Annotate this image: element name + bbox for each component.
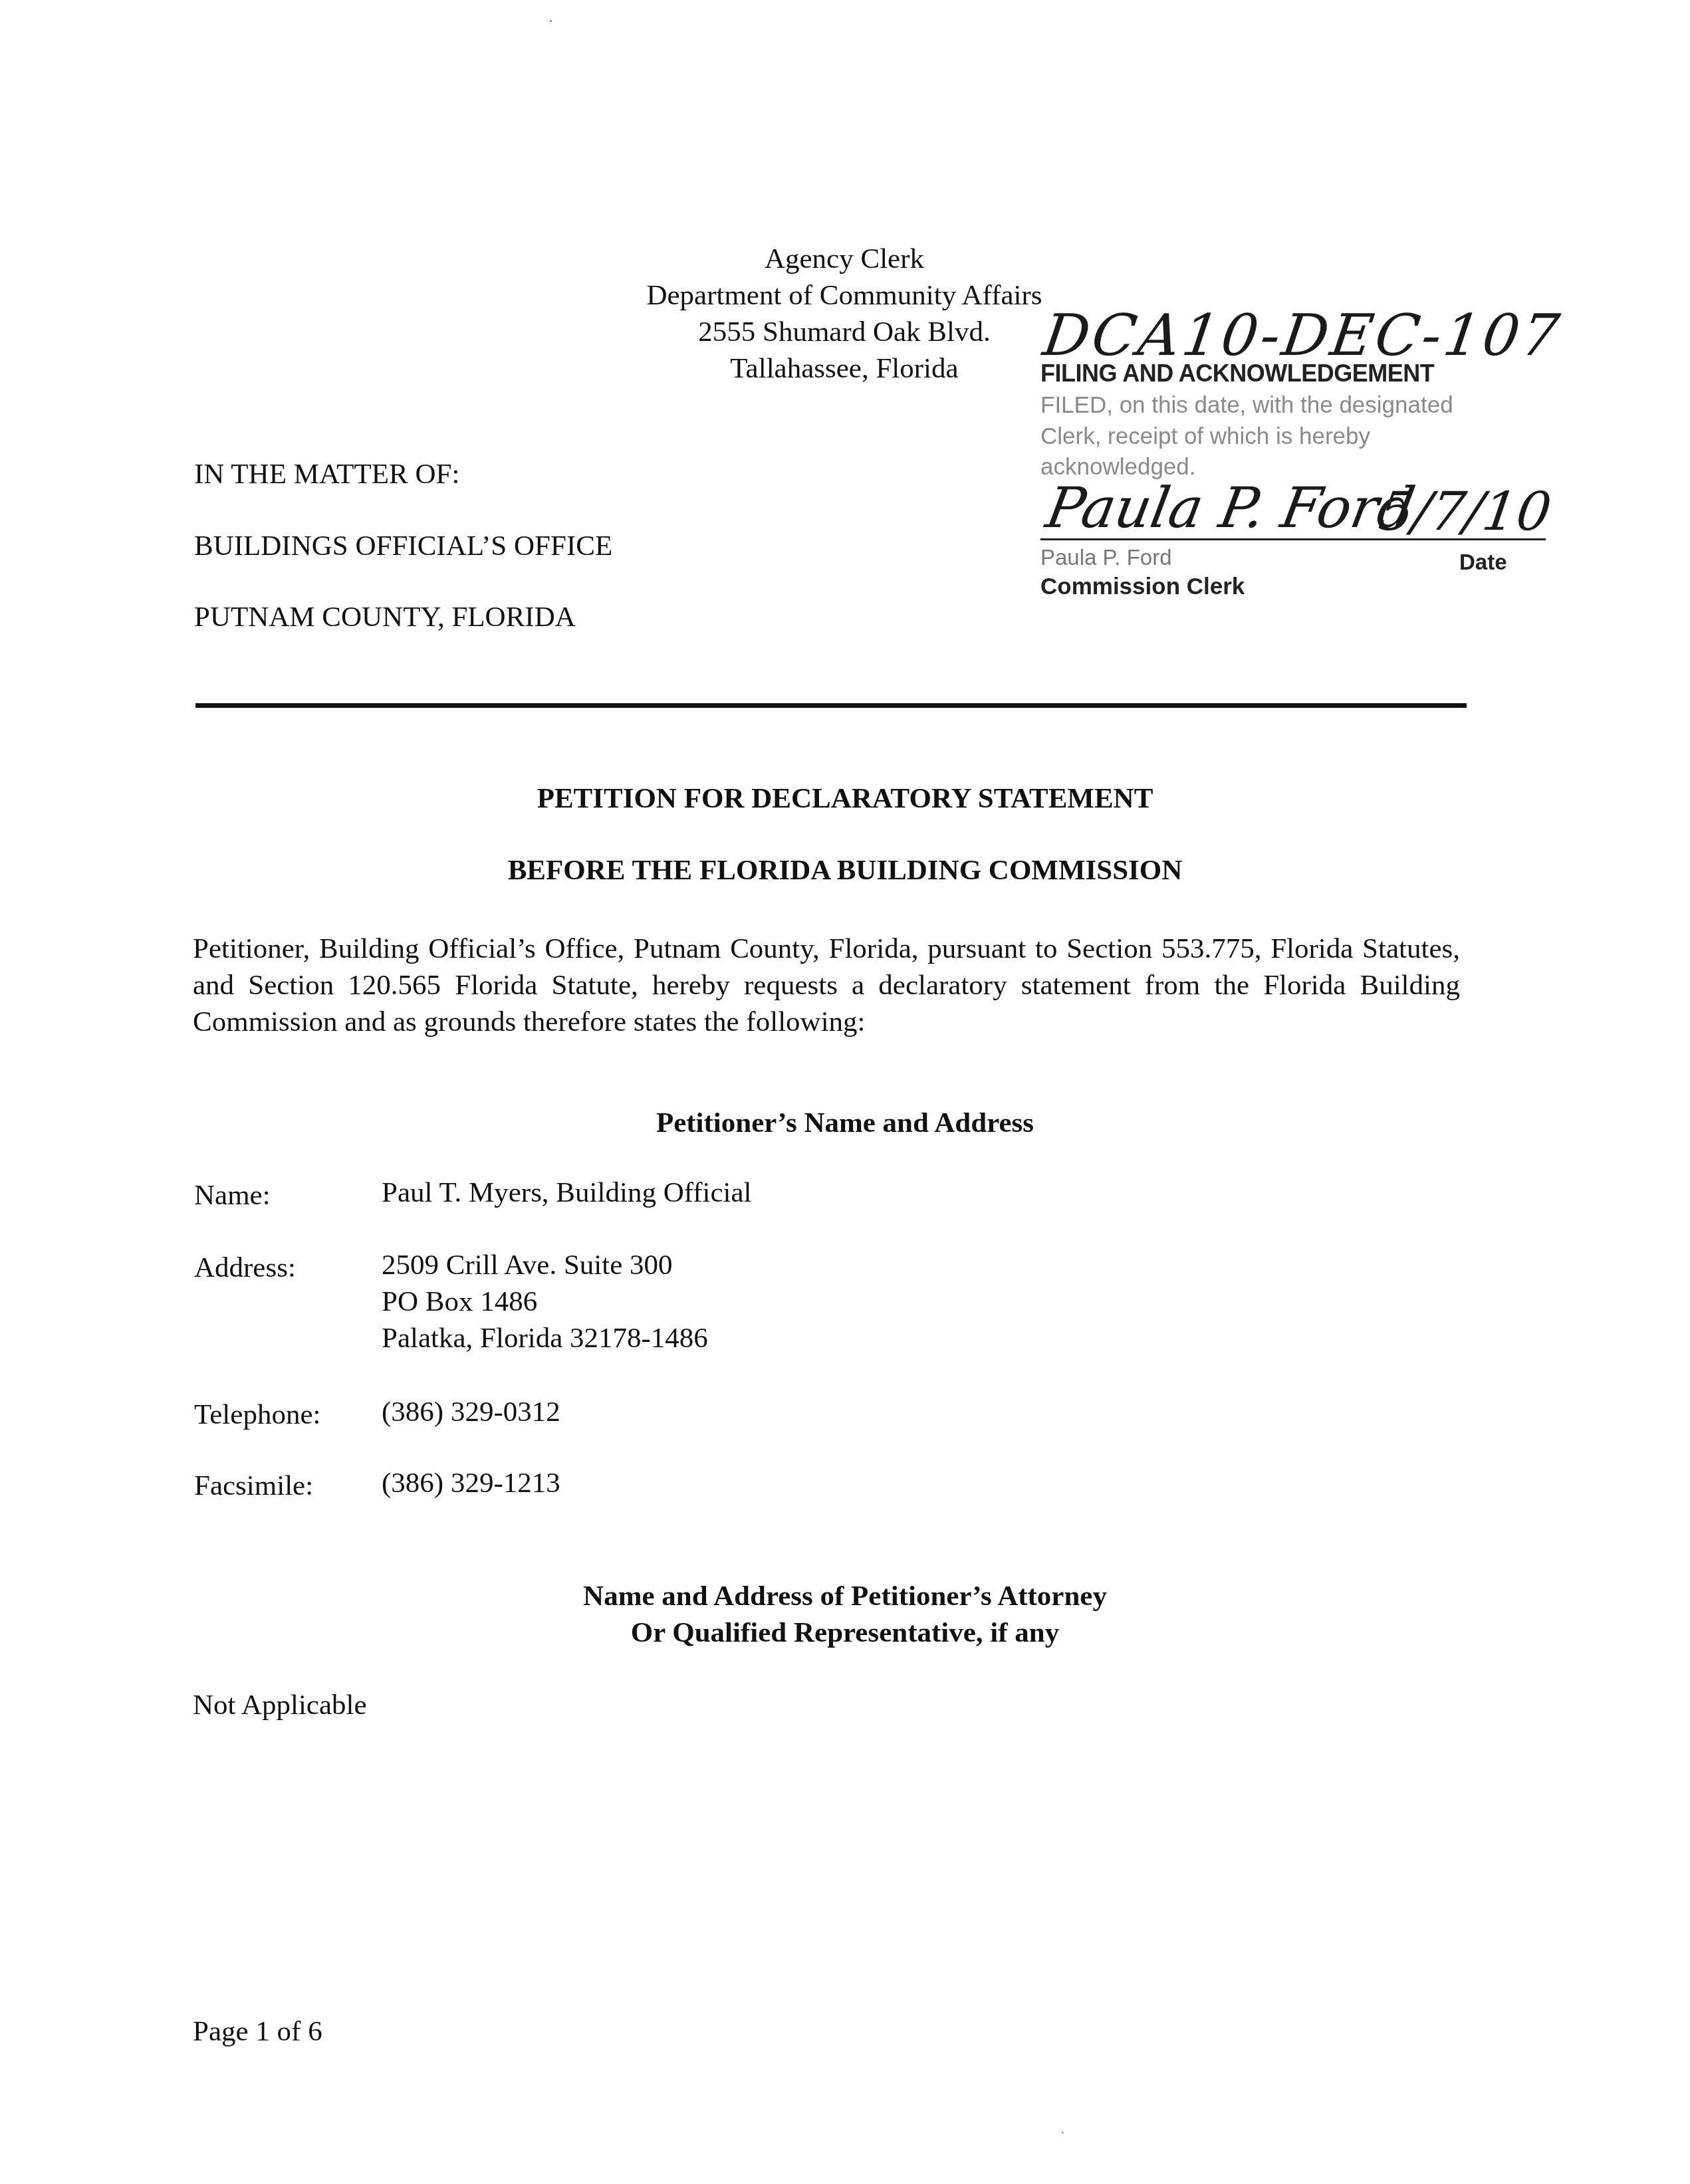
fax-value: (386) 329-1213 xyxy=(382,1465,560,1501)
petitioner-address: 2509 Crill Ave. Suite 300 PO Box 1486 Pa… xyxy=(382,1247,708,1357)
section-divider xyxy=(195,703,1467,708)
handwritten-date: 5/7/10 xyxy=(1375,481,1555,542)
clerk-title: Commission Clerk xyxy=(1040,574,1245,600)
scan-speck xyxy=(550,20,552,22)
signature-line xyxy=(1040,538,1546,540)
address-line: Palatka, Florida 32178-1486 xyxy=(382,1320,708,1357)
stamp-title: FILING AND ACKNOWLEDGEMENT xyxy=(1040,360,1434,387)
stamp-body-line: Clerk, receipt of which is hereby xyxy=(1040,423,1370,450)
petitioner-name: Paul T. Myers, Building Official xyxy=(382,1174,752,1211)
document-subtitle: BEFORE THE FLORIDA BUILDING COMMISSION xyxy=(0,856,1690,885)
matter-label: IN THE MATTER OF: xyxy=(194,460,459,489)
address-label: Address: xyxy=(194,1254,296,1282)
address-line: 2509 Crill Ave. Suite 300 xyxy=(382,1247,708,1283)
petitioner-heading: Petitioner’s Name and Address xyxy=(0,1109,1690,1137)
document-title: PETITION FOR DECLARATORY STATEMENT xyxy=(0,784,1690,813)
matter-party-line2: PUTNAM COUNTY, FLORIDA xyxy=(194,603,576,631)
clerk-name: Paula P. Ford xyxy=(1040,545,1172,570)
matter-party-line1: BUILDINGS OFFICIAL’S OFFICE xyxy=(194,532,612,560)
attorney-heading-line2: Or Qualified Representative, if any xyxy=(0,1618,1690,1647)
attorney-value: Not Applicable xyxy=(193,1691,367,1719)
intro-paragraph: Petitioner, Building Official’s Office, … xyxy=(193,930,1460,1040)
name-label: Name: xyxy=(194,1181,271,1210)
clerk-signature: Paula P. Ford xyxy=(1041,475,1419,540)
fax-label: Facsimile: xyxy=(194,1472,313,1500)
page-number: Page 1 of 6 xyxy=(193,2017,322,2046)
filing-stamp: DCA10-DEC-107 FILING AND ACKNOWLEDGEMENT… xyxy=(1034,302,1566,601)
date-label: Date xyxy=(1459,550,1507,575)
telephone-value: (386) 329-0312 xyxy=(382,1394,560,1430)
attorney-heading-line1: Name and Address of Petitioner’s Attorne… xyxy=(0,1582,1690,1610)
scan-speck xyxy=(1062,2131,1064,2133)
stamp-body-line: FILED, on this date, with the designated xyxy=(1040,392,1453,419)
telephone-label: Telephone: xyxy=(194,1400,320,1429)
address-line: PO Box 1486 xyxy=(382,1283,708,1320)
handwritten-case-number: DCA10-DEC-107 xyxy=(1039,302,1566,369)
agency-name: Agency Clerk xyxy=(572,241,1117,277)
